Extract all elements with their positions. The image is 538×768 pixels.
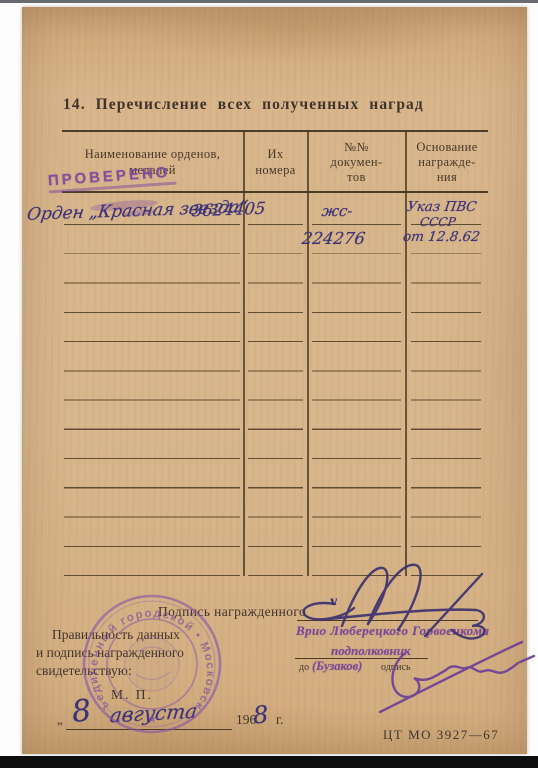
header-line: докумен- — [330, 155, 382, 170]
header-line: награжде- — [418, 155, 475, 170]
scan-bottom-edge — [0, 756, 538, 768]
header-line: Наименование орденов, — [85, 146, 221, 163]
scan-top-edge — [0, 0, 538, 3]
row-lines-col1 — [64, 224, 240, 577]
header-line: тов — [347, 170, 366, 185]
scanned-document: 14. Перечисление всех полученных наград … — [0, 0, 538, 768]
header-cell-documents: №№ докумен- тов — [309, 133, 404, 191]
header-line: Их — [267, 146, 283, 163]
date-open-quote: „ — [57, 712, 63, 728]
header-line: номера — [255, 162, 295, 179]
entry-basis-line2: СССР — [419, 215, 457, 229]
entry-doc-number: 224276 — [301, 229, 367, 248]
header-line: ния — [437, 170, 457, 185]
date-year-digit: 8 — [252, 701, 269, 730]
round-stamp-star: ★ — [146, 711, 158, 726]
column-divider-3 — [405, 132, 407, 576]
column-divider-2 — [307, 132, 309, 576]
commissar-signature-scribble — [372, 640, 537, 715]
section-title: 14. Перечисление всех полученных наград — [63, 96, 424, 114]
header-line: №№ — [344, 140, 369, 155]
table-top-rule — [62, 130, 488, 132]
awardee-signature-scribble — [290, 558, 495, 653]
entry-basis-line3: от 12.8.62 — [402, 229, 481, 245]
entry-award-number: 3624405 — [191, 199, 266, 221]
row-lines-col3 — [312, 224, 401, 577]
header-cell-numbers: Их номера — [245, 133, 306, 191]
round-stamp: объединенный городской • Московской ★ — [78, 590, 226, 738]
official-stamp-name: (Бузаков) — [312, 659, 362, 674]
row-lines-col2 — [248, 224, 303, 577]
form-code: ЦТ МО 3927—67 — [383, 727, 499, 743]
header-line: Основание — [416, 140, 477, 155]
entry-doc-series: жс- — [321, 202, 354, 220]
date-year-suffix: г. — [276, 712, 283, 728]
table-header-rule — [62, 191, 488, 193]
entry-basis-line1: Указ ПВС — [406, 199, 478, 215]
header-cell-basis: Основание награжде- ния — [407, 133, 487, 191]
row-lines-col4 — [411, 224, 481, 577]
position-fragment-left: до — [299, 662, 309, 673]
